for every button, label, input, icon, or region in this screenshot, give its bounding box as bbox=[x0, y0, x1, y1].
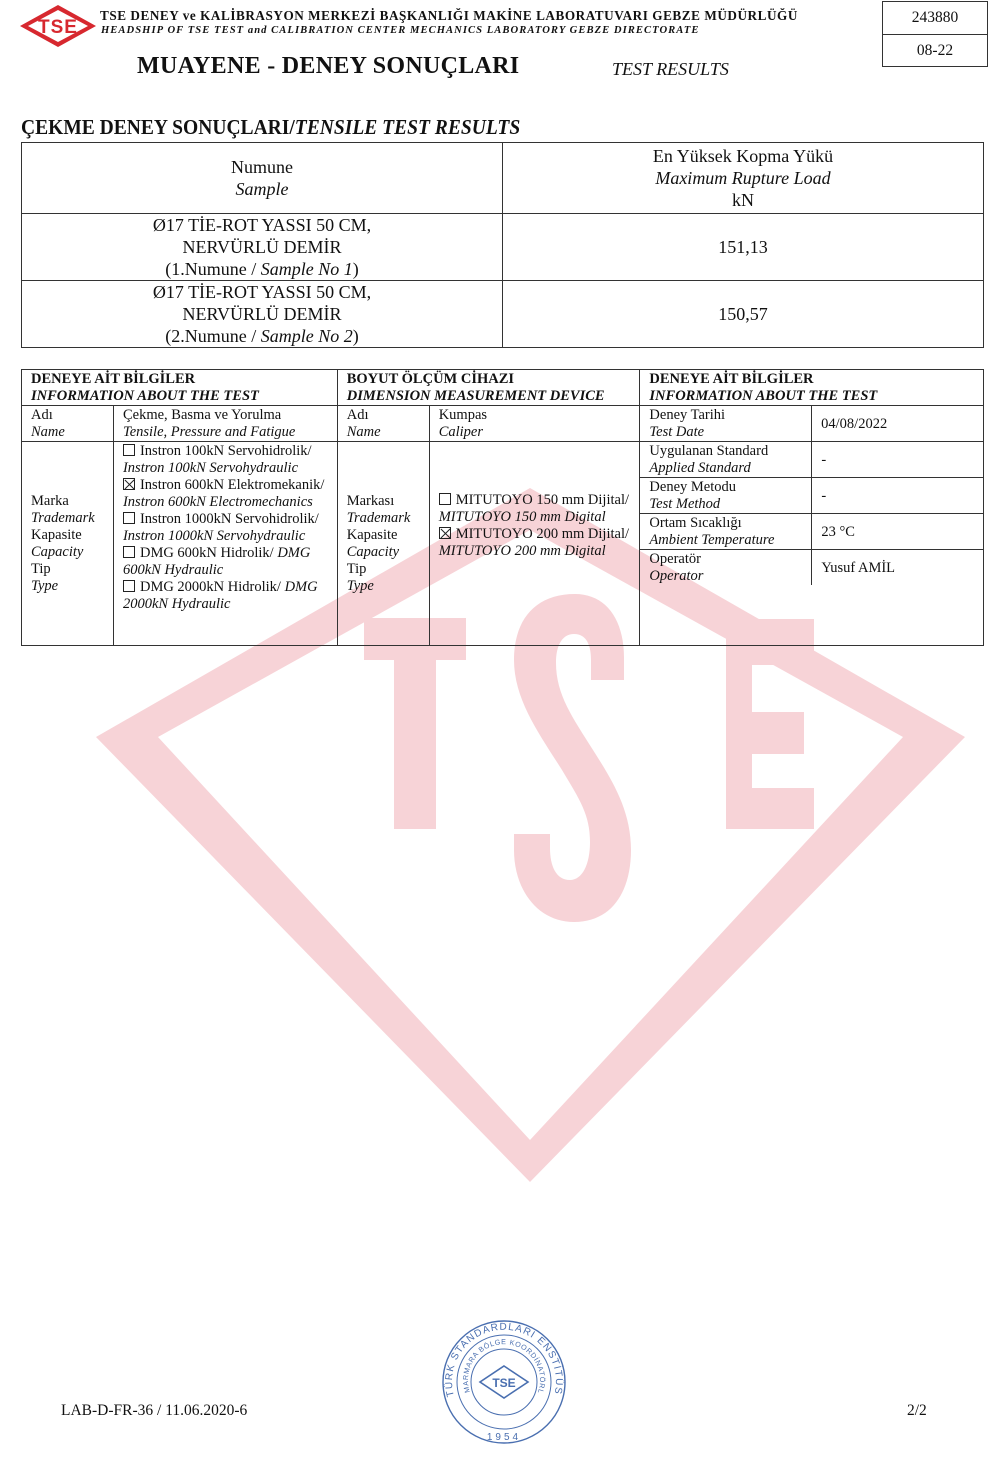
document-title: MUAYENE - DENEY SONUÇLARI bbox=[137, 53, 519, 80]
operator-value: Yusuf AMİL bbox=[812, 550, 983, 586]
sample-number: (1.Numune / Sample No 1) bbox=[22, 258, 502, 280]
section-title-tr: ÇEKME DENEY SONUÇLARI/ bbox=[21, 115, 295, 139]
form-code: LAB-D-FR-36 / 11.06.2020-6 bbox=[61, 1402, 247, 1420]
test-date-value: 04/08/2022 bbox=[812, 406, 984, 442]
device-option[interactable]: MITUTOYO 150 mm Dijital/ MITUTOYO 150 mm… bbox=[439, 492, 631, 526]
ambient-temperature-label: Ortam Sıcaklığı Ambient Temperature bbox=[640, 514, 811, 550]
sample-material: NERVÜRLÜ DEMİR bbox=[22, 303, 502, 325]
operator-label: Operatör Operator bbox=[640, 550, 811, 586]
test-name-label: Adı Name bbox=[22, 406, 114, 442]
sample-description: Ø17 TİE-ROT YASSI 50 CM, bbox=[22, 214, 502, 236]
test-details-table: Uygulanan Standard Applied Standard - De… bbox=[640, 442, 983, 585]
checkbox-checked-icon[interactable] bbox=[123, 478, 135, 490]
load-header-en: Maximum Rupture Load bbox=[655, 168, 830, 188]
applied-standard-value: - bbox=[812, 442, 983, 478]
tse-logo: TSE bbox=[18, 3, 98, 49]
detail-row: Uygulanan Standard Applied Standard - bbox=[640, 442, 983, 478]
sample-description: Ø17 TİE-ROT YASSI 50 CM, bbox=[22, 281, 502, 303]
load-header-tr: En Yüksek Kopma Yükü bbox=[503, 145, 983, 167]
sample-material: NERVÜRLÜ DEMİR bbox=[22, 236, 502, 258]
sample-header-en: Sample bbox=[236, 179, 289, 199]
max-load-value: 150,57 bbox=[503, 281, 984, 348]
detail-row: Ortam Sıcaklığı Ambient Temperature 23 °… bbox=[640, 514, 983, 550]
stamp-year: 1954 bbox=[487, 1432, 521, 1443]
checkbox-icon[interactable] bbox=[123, 546, 135, 558]
load-unit: kN bbox=[503, 189, 983, 211]
section-title-en: TENSILE TEST RESULTS bbox=[295, 115, 520, 139]
report-number: 243880 bbox=[883, 2, 987, 34]
device-options: MITUTOYO 150 mm Dijital/ MITUTOYO 150 mm… bbox=[429, 442, 640, 646]
sample-header-tr: Numune bbox=[22, 156, 502, 178]
info-name-row: Adı Name Çekme, Basma ve Yorulma Tensile… bbox=[22, 406, 984, 442]
machine-option[interactable]: DMG 2000kN Hidrolik/ DMG 2000kN Hydrauli… bbox=[123, 579, 328, 613]
report-period: 08-22 bbox=[883, 34, 987, 66]
tse-stamp: TÜRK STANDARDLARI ENSTİTÜSÜ MARMARA BÖLG… bbox=[440, 1318, 568, 1448]
section-title: ÇEKME DENEY SONUÇLARI/TENSILE TEST RESUL… bbox=[21, 115, 520, 140]
detail-row: Deney Metodu Test Method - bbox=[640, 478, 983, 514]
test-method-label: Deney Metodu Test Method bbox=[640, 478, 811, 514]
info-heading-row: DENEYE AİT BİLGİLER INFORMATION ABOUT TH… bbox=[22, 370, 984, 406]
document-title-en: TEST RESULTS bbox=[612, 59, 729, 80]
table-row: Ø17 TİE-ROT YASSI 50 CM, NERVÜRLÜ DEMİR … bbox=[22, 214, 984, 281]
page-number: 2/2 bbox=[907, 1402, 927, 1420]
machine-trademark-labels: Marka Trademark Kapasite Capacity Tip Ty… bbox=[22, 442, 114, 646]
machine-options: Instron 100kN Servohidrolik/ Instron 100… bbox=[113, 442, 337, 646]
organization-name-en: HEADSHIP OF TSE TEST and CALIBRATION CEN… bbox=[101, 25, 699, 36]
checkbox-icon[interactable] bbox=[123, 444, 135, 456]
machine-option[interactable]: Instron 600kN Elektromekanik/ Instron 60… bbox=[123, 477, 328, 511]
max-load-value: 151,13 bbox=[503, 214, 984, 281]
measurement-device-heading: BOYUT ÖLÇÜM CİHAZI DIMENSION MEASUREMENT… bbox=[337, 370, 640, 406]
device-name-label: Adı Name bbox=[337, 406, 429, 442]
checkbox-icon[interactable] bbox=[123, 512, 135, 524]
sample-cell: Ø17 TİE-ROT YASSI 50 CM, NERVÜRLÜ DEMİR … bbox=[22, 214, 503, 281]
machine-option[interactable]: DMG 600kN Hidrolik/ DMG 600kN Hydraulic bbox=[123, 545, 328, 579]
report-reference-box: 243880 08-22 bbox=[882, 1, 988, 67]
logo-text: TSE bbox=[38, 17, 78, 38]
test-details-cell: Uygulanan Standard Applied Standard - De… bbox=[640, 442, 984, 646]
device-trademark-labels: Markası Trademark Kapasite Capacity Tip … bbox=[337, 442, 429, 646]
checkbox-icon[interactable] bbox=[439, 493, 451, 505]
table-header-row: Numune Sample En Yüksek Kopma Yükü Maxim… bbox=[22, 143, 984, 214]
column-header-max-load: En Yüksek Kopma Yükü Maximum Rupture Loa… bbox=[503, 143, 984, 214]
sample-cell: Ø17 TİE-ROT YASSI 50 CM, NERVÜRLÜ DEMİR … bbox=[22, 281, 503, 348]
test-information-table: DENEYE AİT BİLGİLER INFORMATION ABOUT TH… bbox=[21, 369, 984, 646]
tensile-results-table: Numune Sample En Yüksek Kopma Yükü Maxim… bbox=[21, 142, 984, 348]
organization-name-tr: TSE DENEY ve KALİBRASYON MERKEZİ BAŞKANL… bbox=[100, 8, 798, 24]
test-date-label: Deney Tarihi Test Date bbox=[640, 406, 812, 442]
device-option[interactable]: MITUTOYO 200 mm Dijital/ MITUTOYO 200 mm… bbox=[439, 526, 631, 560]
detail-row: Operatör Operator Yusuf AMİL bbox=[640, 550, 983, 586]
info-trademark-row: Marka Trademark Kapasite Capacity Tip Ty… bbox=[22, 442, 984, 646]
table-row: Ø17 TİE-ROT YASSI 50 CM, NERVÜRLÜ DEMİR … bbox=[22, 281, 984, 348]
sample-number: (2.Numune / Sample No 2) bbox=[22, 325, 502, 347]
test-name-value: Çekme, Basma ve Yorulma Tensile, Pressur… bbox=[113, 406, 337, 442]
stamp-center-text: TSE bbox=[492, 1376, 515, 1390]
test-method-value: - bbox=[812, 478, 983, 514]
column-header-sample: Numune Sample bbox=[22, 143, 503, 214]
ambient-temperature-value: 23 °C bbox=[812, 514, 983, 550]
applied-standard-label: Uygulanan Standard Applied Standard bbox=[640, 442, 811, 478]
test-details-heading: DENEYE AİT BİLGİLER INFORMATION ABOUT TH… bbox=[640, 370, 984, 406]
test-info-heading: DENEYE AİT BİLGİLER INFORMATION ABOUT TH… bbox=[22, 370, 338, 406]
machine-option[interactable]: Instron 1000kN Servohidrolik/ Instron 10… bbox=[123, 511, 328, 545]
checkbox-icon[interactable] bbox=[123, 580, 135, 592]
machine-option[interactable]: Instron 100kN Servohidrolik/ Instron 100… bbox=[123, 443, 328, 477]
device-name-value: Kumpas Caliper bbox=[429, 406, 640, 442]
checkbox-checked-icon[interactable] bbox=[439, 527, 451, 539]
